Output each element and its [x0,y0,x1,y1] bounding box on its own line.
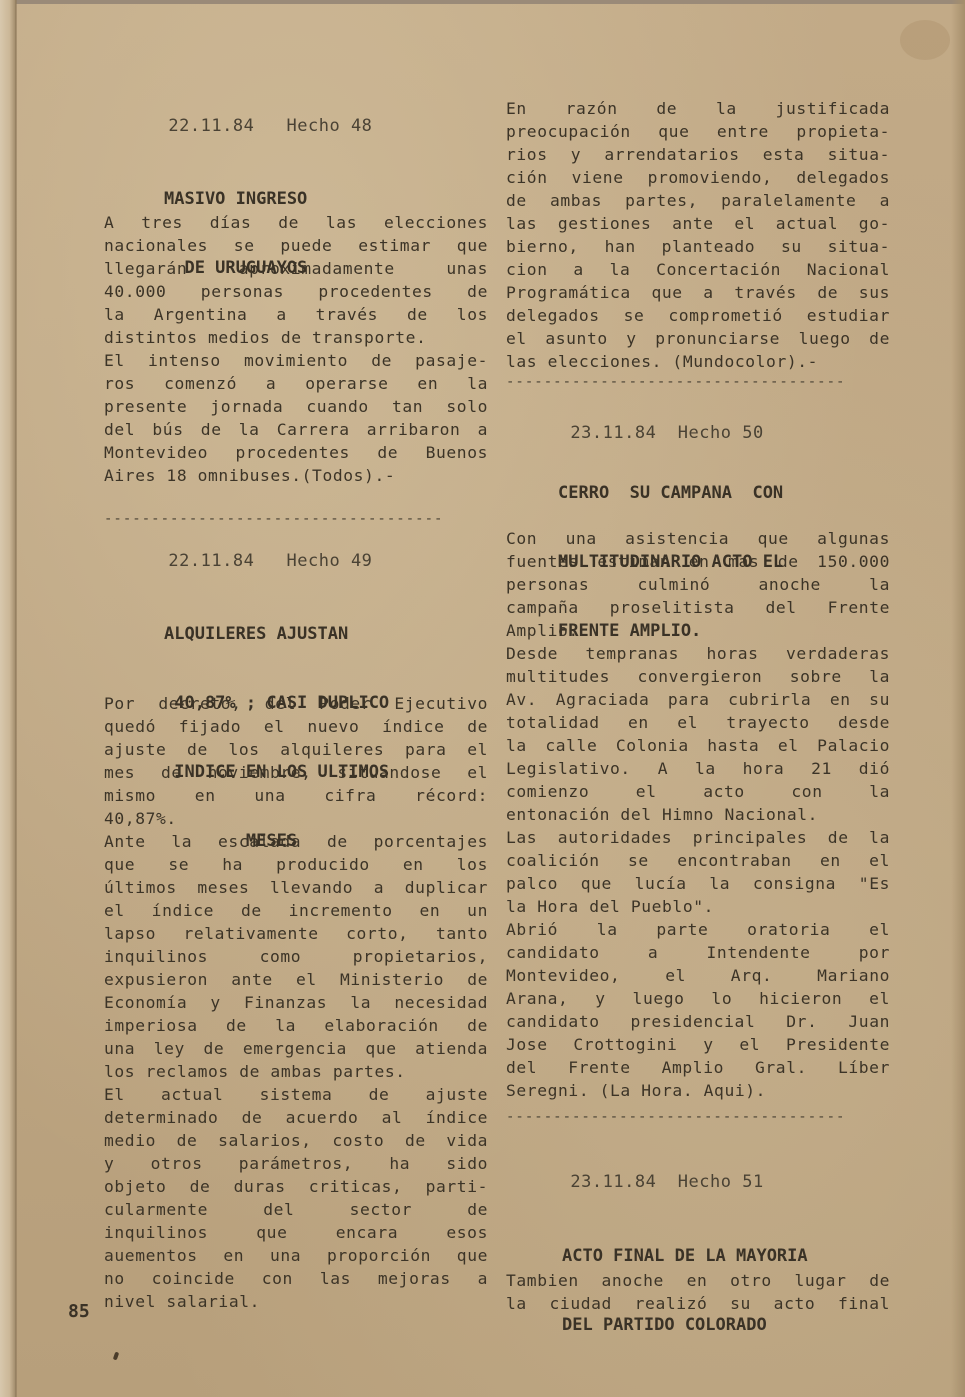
body-line: Montevideo, el Arq. Mariano [506,964,890,987]
body-line: Programática que a través de sus [506,281,890,304]
body-line: Montevideo procedentes de Buenos [104,441,488,464]
body-line: mismo en una cifra récord: [104,784,488,807]
binding-edge [0,0,16,1397]
body-line: el índice de incremento en un [104,899,488,922]
body-line: preocupación que entre propieta- [506,120,890,143]
body-line: totalidad en el trayecto desde [506,711,890,734]
entry-50-body: Con una asistencia que algunas fuentes e… [506,527,890,1102]
body-line: determinado de acuerdo al índice [104,1106,488,1129]
body-line: nivel salarial. [104,1290,488,1313]
body-line: Amplio. [506,619,890,642]
body-line: comienzo el acto con la [506,780,890,803]
entry-date: 23.11.84 [570,1172,656,1192]
headline-line: CERRO SU CAMPANA CON [558,482,942,505]
body-line: y otros parámetros, ha sido [104,1152,488,1175]
body-line: personas culminó anoche la [506,573,890,596]
binding-shadow [15,0,17,1397]
body-line: candidato presidencial Dr. Juan [506,1010,890,1033]
body-line: presente jornada cuando tan solo [104,395,488,418]
body-line: palco que lucía la consigna "Es [506,872,890,895]
body-line: multitudes convergieron sobre la [506,665,890,688]
body-line: Por decreto, del Poder Ejecutivo [104,692,488,715]
body-line: Jose Crottogini y el Presidente [506,1033,890,1056]
entry-48-body: A tres días de las elecciones nacionales… [104,211,488,487]
body-line: del bús de la Carrera arribaron a [104,418,488,441]
body-line: delegados se comprometió estudiar [506,304,890,327]
body-line: ros comenzó a operarse en la [104,372,488,395]
body-line: entonación del Himno Nacional. [506,803,890,826]
body-line: En razón de la justificada [506,97,890,120]
body-line: la Argentina a través de los [104,303,488,326]
entry-51-body: Tambien anoche en otro lugar de la ciuda… [506,1269,890,1315]
body-line: Economía y Finanzas la necesidad [104,991,488,1014]
entry-date: 22.11.84 [168,116,254,136]
body-line: Ante la escalada de porcentajes [104,830,488,853]
headline-line: ALQUILERES AJUSTAN [164,623,548,646]
body-line: cion a la Concertación Nacional [506,258,890,281]
body-line: las gestiones ante el actual go- [506,212,890,235]
page-top-edge [0,0,965,4]
body-line: nacionales se puede estimar que [104,234,488,257]
paper-stain [900,20,950,60]
entry-date: 22.11.84 [168,551,254,571]
body-line: Tambien anoche en otro lugar de [506,1269,890,1292]
entry-label: Hecho 51 [678,1172,764,1192]
body-line: 40,87%. [104,807,488,830]
body-line: Desde tempranas horas verdaderas [506,642,890,665]
body-line: inquilinos como propietarios, [104,945,488,968]
body-line: Arana, y luego lo hicieron el [506,987,890,1010]
body-line: 40.000 personas procedentes de [104,280,488,303]
body-line: Av. Agraciada para cubrirla en su [506,688,890,711]
body-line: quedó fijado el nuevo índice de [104,715,488,738]
divider-line: ------------------------------------ [506,375,890,389]
entry-label: Hecho 49 [287,551,373,571]
page-right-edge [951,0,965,1397]
body-line: El actual sistema de ajuste [104,1083,488,1106]
body-line: A tres días de las elecciones [104,211,488,234]
body-line: fuentes estiman en mas de 150.000 [506,550,890,573]
body-line: Abrió la parte oratoria el [506,918,890,941]
body-line: no coincide con las mejoras a [104,1267,488,1290]
body-line: El intenso movimiento de pasaje- [104,349,488,372]
body-line: Legislativo. A la hora 21 dió [506,757,890,780]
headline-line: ACTO FINAL DE LA MAYORIA [562,1245,946,1268]
body-line: llegarán aproximadamente unas [104,257,488,280]
body-line: los reclamos de ambas partes. [104,1060,488,1083]
body-line: bierno, han planteado su situa- [506,235,890,258]
body-line: cularmente del sector de [104,1198,488,1221]
body-line: lapso relativamente corto, tanto [104,922,488,945]
body-line: distintos medios de transporte. [104,326,488,349]
body-line: una ley de emergencia que atienda [104,1037,488,1060]
body-line: expusieron ante el Ministerio de [104,968,488,991]
body-line: Con una asistencia que algunas [506,527,890,550]
body-line: Seregni. (La Hora. Aqui). [506,1079,890,1102]
body-line: candidato a Intendente por [506,941,890,964]
body-line: Las autoridades principales de la [506,826,890,849]
body-line: medio de salarios, costo de vida [104,1129,488,1152]
entry-49-body: Por decreto, del Poder Ejecutivo quedó f… [104,692,488,1313]
headline-line: DEL PARTIDO COLORADO [562,1314,946,1337]
page-number: 85 [68,1301,90,1322]
body-line: ajuste de los alquileres para el [104,738,488,761]
body-line: campaña proselitista del Frente [506,596,890,619]
body-line: Aires 18 omnibuses.(Todos).- [104,464,488,487]
body-line: la calle Colonia hasta el Palacio [506,734,890,757]
body-line: imperiosa de la elaboración de [104,1014,488,1037]
paper-speck [113,1352,119,1361]
body-line: las elecciones. (Mundocolor).- [506,350,890,373]
divider-line: ------------------------------------ [104,512,488,526]
body-line: rios y arrendatarios esta situa- [506,143,890,166]
scanned-page: 22.11.84 Hecho 48 MASIVO INGRESO DE URUG… [0,0,965,1397]
body-line: auementos en una proporción que [104,1244,488,1267]
body-line: del Frente Amplio Gral. Líber [506,1056,890,1079]
headline-line: MASIVO INGRESO [164,188,548,211]
body-line: coalición se encontraban en el [506,849,890,872]
body-line: la Hora del Pueblo". [506,895,890,918]
body-line: mes de noviembre, situandose el [104,761,488,784]
body-line: de ambas partes, paralelamente a [506,189,890,212]
body-line: la ciudad realizó su acto final [506,1292,890,1315]
body-line: objeto de duras criticas, parti- [104,1175,488,1198]
divider-line: ------------------------------------ [506,1110,890,1124]
entry-49-continued-body: En razón de la justificada preocupación … [506,97,890,373]
body-line: inquilinos que encara esos [104,1221,488,1244]
entry-label: Hecho 48 [287,116,373,136]
body-line: últimos meses llevando a duplicar [104,876,488,899]
body-line: el asunto y pronunciarse luego de [506,327,890,350]
body-line: que se ha producido en los [104,853,488,876]
body-line: ción viene promoviendo, delegados [506,166,890,189]
